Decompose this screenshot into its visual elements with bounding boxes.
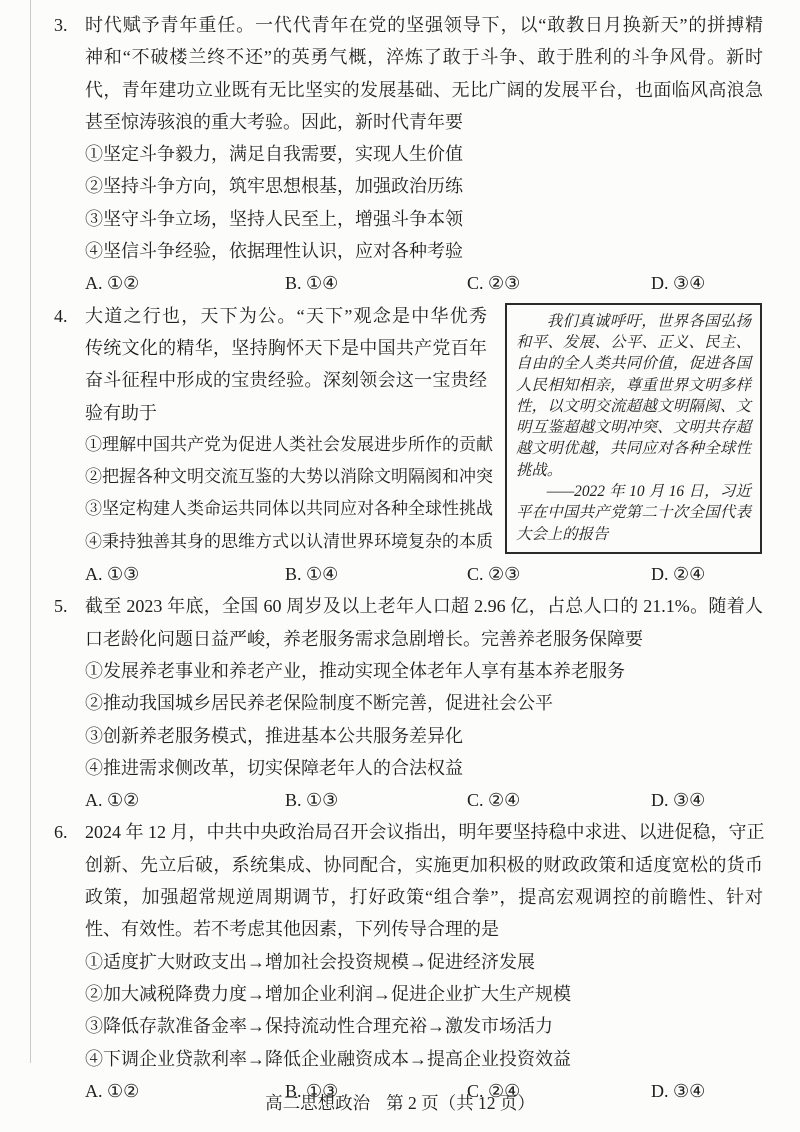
choice-A: A. ①③ <box>85 558 285 590</box>
stem-line: 奋斗征程中形成的宝贵经验。深刻领会这一宝贵经 <box>85 364 487 396</box>
question-stem: 2024 年 12 月，中共中央政治局召开会议指出，明年要坚持稳中求进、以进促稳… <box>85 816 763 945</box>
option-item: ②坚持斗争方向，筑牢思想根基，加强政治历练 <box>85 170 763 202</box>
question-stem: 时代赋予青年重任。一代代青年在党的坚强领导下，以“敢教日月换新天”的拼搏精神和“… <box>85 9 763 138</box>
question-body: 2024 年 12 月，中共中央政治局召开会议指出，明年要坚持稳中求进、以进促稳… <box>85 816 763 1107</box>
choice-D: D. ③④ <box>651 784 763 816</box>
question-body: 截至 2023 年底，全国 60 周岁及以上老年人口超 2.96 亿，占总人口的… <box>85 590 763 816</box>
exam-page: 3. 时代赋予青年重任。一代代青年在党的坚强领导下，以“敢教日月换新天”的拼搏精… <box>0 0 800 1132</box>
stem-line: 口老龄化问题日益严峻，养老服务需求急剧增长。完善养老服务保障要 <box>85 623 763 655</box>
question: 3. 时代赋予青年重任。一代代青年在党的坚强领导下，以“敢教日月换新天”的拼搏精… <box>85 9 763 300</box>
option-list: ①发展养老事业和养老产业，推动实现全体老年人享有基本养老服务②推动我国城乡居民养… <box>85 655 763 784</box>
stem-line: 验有助于 <box>85 397 487 429</box>
option-item: ①坚定斗争毅力，满足自我需要，实现人生价值 <box>85 138 763 170</box>
choice-D: D. ②④ <box>651 558 763 590</box>
question-list: 3. 时代赋予青年重任。一代代青年在党的坚强领导下，以“敢教日月换新天”的拼搏精… <box>85 9 763 1107</box>
choice-B: B. ①④ <box>285 267 467 299</box>
choice-A: A. ①② <box>85 267 285 299</box>
scan-edge-line <box>30 0 31 1063</box>
option-list: ①坚定斗争毅力，满足自我需要，实现人生价值②坚持斗争方向，筑牢思想根基，加强政治… <box>85 138 763 267</box>
choice-B: B. ①④ <box>285 558 467 590</box>
choice-B: B. ①③ <box>285 784 467 816</box>
option-item: ④推进需求侧改革，切实保障老年人的合法权益 <box>85 752 763 784</box>
stem-line: 性、有效性。若不考虑其他因素，下列传导合理的是 <box>85 913 763 945</box>
answer-choices: A. ①②B. ①④C. ②③D. ③④ <box>85 267 763 299</box>
answer-choices: A. ①③B. ①④C. ②③D. ②④ <box>85 558 763 590</box>
question-number: 6. <box>54 816 68 848</box>
question-number: 5. <box>54 590 68 622</box>
choice-C: C. ②③ <box>467 267 651 299</box>
stem-line: 代，青年建功立业既有无比坚实的发展基础、无比广阔的发展平台，也面临风高浪急 <box>85 74 763 106</box>
footer-page-number: 第 2 页（共 12 页） <box>386 1093 535 1113</box>
question-body: 时代赋予青年重任。一代代青年在党的坚强领导下，以“敢教日月换新天”的拼搏精神和“… <box>85 9 763 300</box>
question-number: 4. <box>54 300 68 332</box>
stem-line: 甚至惊涛骇浪的重大考验。因此，新时代青年要 <box>85 106 763 138</box>
option-item: ④坚信斗争经验，依据理性认识，应对各种考验 <box>85 235 763 267</box>
quote-attribution: ——2022 年 10 月 16 日，习近平在中国共产党第二十次全国代表大会上的… <box>516 481 751 545</box>
stem-line: 大道之行也，天下为公。“天下”观念是中华优秀 <box>85 300 487 332</box>
option-list: ①适度扩大财政支出→增加社会投资规模→促进经济发展②加大减税降费力度→增加企业利… <box>85 946 763 1075</box>
option-item: ①适度扩大财政支出→增加社会投资规模→促进经济发展 <box>85 946 763 978</box>
stem-line: 创新、先立后破，系统集成、协同配合，实施更加积极的财政政策和适度宽松的货币 <box>85 849 763 881</box>
choice-D: D. ③④ <box>651 267 763 299</box>
question: 6. 2024 年 12 月，中共中央政治局召开会议指出，明年要坚持稳中求进、以… <box>85 816 763 1107</box>
option-item: ③降低存款准备金率→保持流动性合理充裕→激发市场活力 <box>85 1010 763 1042</box>
question: 5. 截至 2023 年底，全国 60 周岁及以上老年人口超 2.96 亿，占总… <box>85 590 763 816</box>
stem-line: 政策，加强超常规逆周期调节，打好政策“组合拳”，提高宏观调控的前瞻性、针对 <box>85 881 763 913</box>
choice-A: A. ①② <box>85 784 285 816</box>
option-item: ①发展养老事业和养老产业，推动实现全体老年人享有基本养老服务 <box>85 655 763 687</box>
choice-C: C. ②③ <box>467 558 651 590</box>
stem-line: 时代赋予青年重任。一代代青年在党的坚强领导下，以“敢教日月换新天”的拼搏精 <box>85 9 763 41</box>
question-body: 大道之行也，天下为公。“天下”观念是中华优秀传统文化的精华，坚持胸怀天下是中国共… <box>85 300 763 591</box>
option-item: ②推动我国城乡居民养老保险制度不断完善，促进社会公平 <box>85 687 763 719</box>
option-item: ③坚守斗争立场，坚持人民至上，增强斗争本领 <box>85 203 763 235</box>
stem-line: 2024 年 12 月，中共中央政治局召开会议指出，明年要坚持稳中求进、以进促稳… <box>85 816 763 848</box>
quote-box: 我们真诚呼吁，世界各国弘扬和平、发展、公平、正义、民主、自由的全人类共同价值，促… <box>505 303 762 554</box>
stem-line: 截至 2023 年底，全国 60 周岁及以上老年人口超 2.96 亿，占总人口的… <box>85 590 763 622</box>
option-item: ③创新养老服务模式，推进基本公共服务差异化 <box>85 720 763 752</box>
page-footer: 高二思想政治第 2 页（共 12 页） <box>0 1090 800 1115</box>
question: 4. 大道之行也，天下为公。“天下”观念是中华优秀传统文化的精华，坚持胸怀天下是… <box>85 300 763 591</box>
answer-choices: A. ①②B. ①③C. ②④D. ③④ <box>85 784 763 816</box>
stem-line: 传统文化的精华，坚持胸怀天下是中国共产党百年 <box>85 332 487 364</box>
stem-line: 神和“不破楼兰终不还”的英勇气概，淬炼了敢于斗争、敢于胜利的斗争风骨。新时 <box>85 41 763 73</box>
option-item: ②加大减税降费力度→增加企业利润→促进企业扩大生产规模 <box>85 978 763 1010</box>
question-number: 3. <box>54 9 68 41</box>
footer-course-title: 高二思想政治 <box>265 1093 370 1113</box>
quote-text: 我们真诚呼吁，世界各国弘扬和平、发展、公平、正义、民主、自由的全人类共同价值，促… <box>516 311 751 481</box>
choice-C: C. ②④ <box>467 784 651 816</box>
question-stem: 截至 2023 年底，全国 60 周岁及以上老年人口超 2.96 亿，占总人口的… <box>85 590 763 655</box>
option-item: ④下调企业贷款利率→降低企业融资成本→提高企业投资效益 <box>85 1043 763 1075</box>
